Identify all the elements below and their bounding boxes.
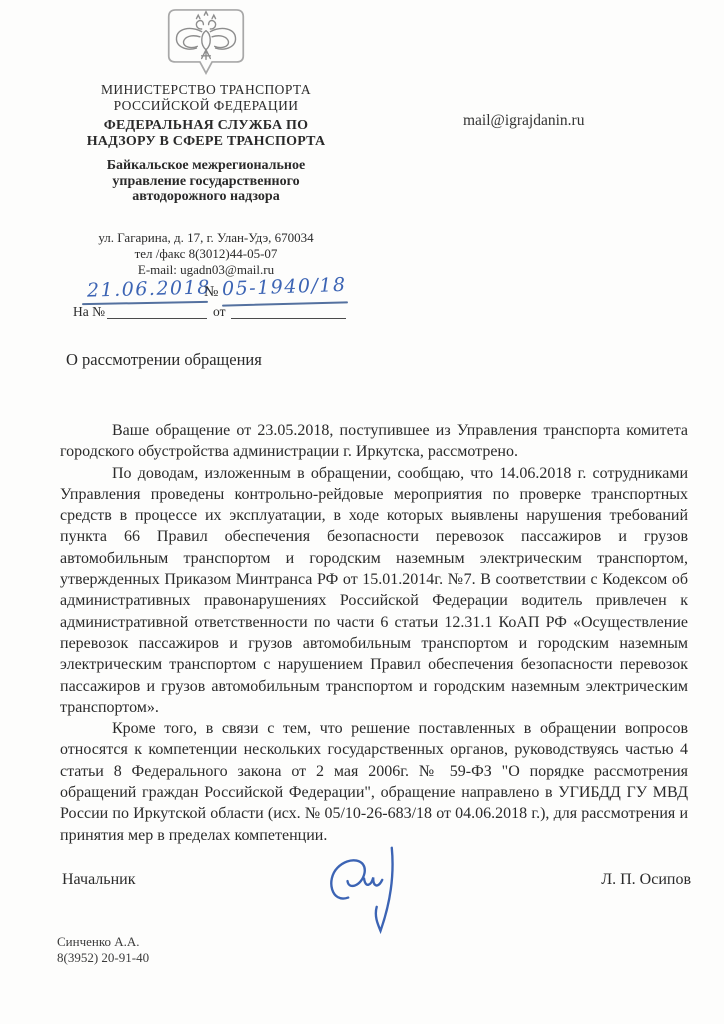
number-underline	[222, 301, 348, 306]
signer-position: Начальник	[62, 871, 135, 889]
reply-to-number-label: На №	[73, 304, 105, 320]
body-paragraph-3: Кроме того, в связи с тем, что решение п…	[60, 718, 688, 846]
letterhead: МИНИСТЕРСТВО ТРАНСПОРТА РОССИЙСКОЙ ФЕДЕР…	[28, 8, 384, 278]
letter-subject: О рассмотрении обращения	[66, 350, 262, 370]
handwritten-signature-icon	[315, 839, 421, 938]
executor-name: Синченко А.А.	[57, 934, 149, 950]
ministry-name-line1: МИНИСТЕРСТВО ТРАНСПОРТА	[28, 82, 384, 98]
number-sign: №	[204, 284, 218, 301]
department-line2: управление государственного	[28, 174, 384, 190]
federal-service-line1: ФЕДЕРАЛЬНАЯ СЛУЖБА ПО	[28, 118, 384, 134]
body-paragraph-1: Ваше обращение от 23.05.2018, поступивше…	[60, 420, 688, 463]
signer-name: Л. П. Осипов	[601, 871, 691, 889]
body-paragraph-2: По доводам, изложенным в обращении, сооб…	[60, 463, 688, 719]
reply-number-blank-line	[107, 318, 207, 319]
postal-address: ул. Гагарина, д. 17, г. Улан-Удэ, 670034	[28, 230, 384, 246]
ministry-name-line2: РОССИЙСКОЙ ФЕДЕРАЦИИ	[28, 98, 384, 114]
executor-phone: 8(3952) 20-91-40	[57, 950, 149, 966]
letter-body: Ваше обращение от 23.05.2018, поступивше…	[60, 420, 688, 846]
reply-to-date-label: от	[213, 304, 225, 320]
reply-date-blank-line	[231, 318, 346, 319]
russia-coat-of-arms-icon	[167, 8, 245, 76]
department-line1: Байкальское межрегиональное	[28, 158, 384, 174]
phone-fax: тел /факс 8(3012)44-05-07	[28, 246, 384, 262]
executor-block: Синченко А.А. 8(3952) 20-91-40	[57, 934, 149, 966]
federal-service-line2: НАДЗОРУ В СФЕРЕ ТРАНСПОРТА	[28, 134, 384, 150]
outgoing-number-handwritten: 05-1940/18	[222, 274, 347, 300]
department-line3: автодорожного надзора	[28, 189, 384, 205]
recipient-email: mail@igrajdanin.ru	[463, 112, 584, 130]
scanned-letter-page: МИНИСТЕРСТВО ТРАНСПОРТА РОССИЙСКОЙ ФЕДЕР…	[0, 0, 724, 1024]
outgoing-date-handwritten: 21.06.2018	[87, 276, 211, 301]
